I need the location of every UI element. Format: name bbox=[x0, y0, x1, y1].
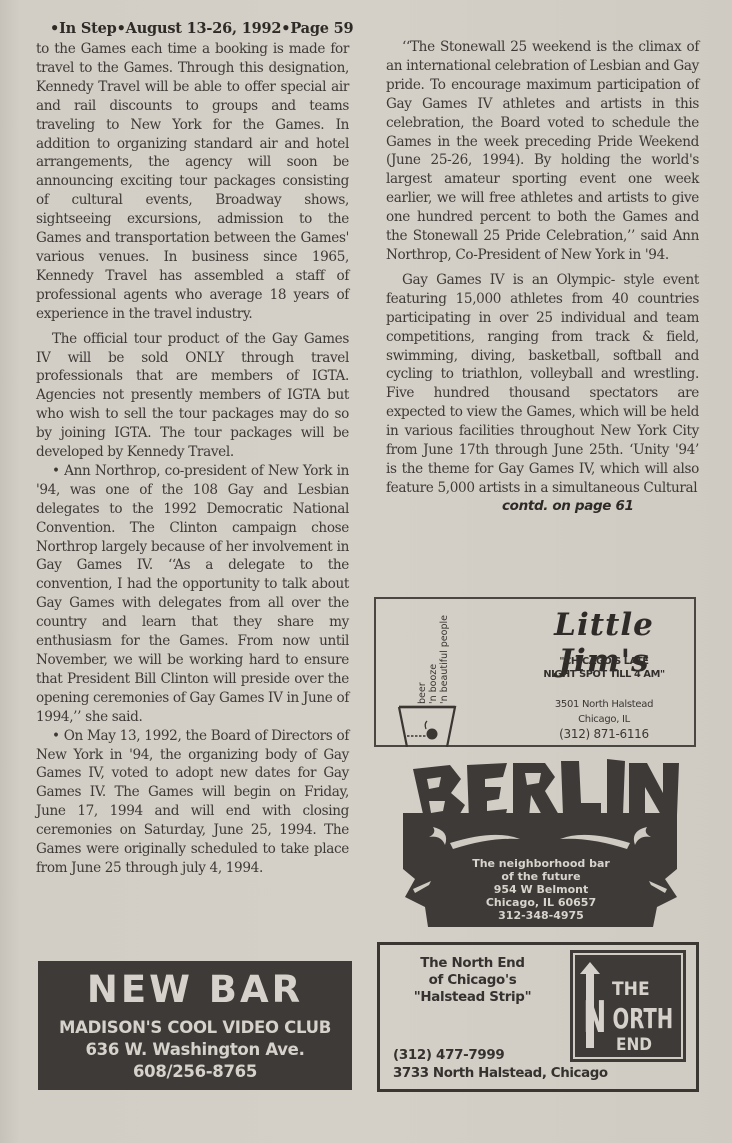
ad-new-bar: NEW BAR MADISON'S COOL VIDEO CLUB 636 W.… bbox=[38, 961, 352, 1090]
berlin-logo: The neighborhood bar of the future 954 W… bbox=[395, 757, 685, 937]
ad-little-jims-address: 3501 North Halstead bbox=[514, 697, 694, 712]
ad-little-jims-slogan: "CHICAGO'S LATE NIGHT SPOT TILL 4 AM" bbox=[514, 655, 694, 681]
svg-text:'n booze: 'n booze bbox=[428, 664, 439, 704]
paragraph-new-dates: • On May 13, 1992, the Board of Director… bbox=[36, 727, 349, 878]
glass-icon: beer 'n booze 'n beautiful people bbox=[394, 605, 474, 747]
ad-north-end: The North End of Chicago's "Halstead Str… bbox=[377, 942, 699, 1092]
paragraph-tour-product: The official tour product of the Gay Gam… bbox=[36, 330, 349, 462]
ad-north-end-phone: (312) 477-7999 bbox=[393, 1048, 504, 1063]
logo-end: END bbox=[616, 1035, 652, 1055]
paragraph-northrop: • Ann Northrop, co-president of New York… bbox=[36, 462, 349, 727]
ad-new-bar-phone: 608/256-8765 bbox=[38, 1061, 352, 1083]
tag-line-1: The North End bbox=[400, 955, 545, 972]
ad-new-bar-title: NEW BAR bbox=[38, 970, 352, 1010]
slogan-line-1: "CHICAGO'S LATE bbox=[514, 655, 694, 668]
tag-line-3: "Halstead Strip" bbox=[400, 989, 545, 1006]
ad-little-jims: beer 'n booze 'n beautiful people Little… bbox=[374, 597, 696, 747]
ad-berlin-phone: 312-348-4975 bbox=[498, 909, 584, 922]
ad-berlin-city: Chicago, IL 60657 bbox=[486, 896, 596, 909]
tag-line-2: of Chicago's bbox=[400, 972, 545, 989]
continued-on-link[interactable]: contd. on page 61 bbox=[386, 497, 699, 516]
article-right-column: ‘‘The Stonewall 25 weekend is the climax… bbox=[386, 38, 699, 516]
ad-north-end-address: 3733 North Halstead, Chicago bbox=[393, 1066, 608, 1081]
ad-new-bar-address: 636 W. Washington Ave. bbox=[38, 1039, 352, 1061]
ad-little-jims-phone: (312) 871-6116 bbox=[514, 727, 694, 742]
article-left-column: to the Games each time a booking is made… bbox=[36, 40, 349, 878]
slogan-line-2: NIGHT SPOT TILL 4 AM" bbox=[514, 668, 694, 681]
logo-orth: ORTH bbox=[613, 1002, 674, 1034]
ad-north-end-tagline: The North End of Chicago's "Halstead Str… bbox=[400, 955, 545, 1006]
ad-berlin-address: 954 W Belmont bbox=[494, 883, 588, 896]
running-head: •In Step•August 13-26, 1992•Page 59 bbox=[50, 20, 353, 37]
ad-berlin-line2: of the future bbox=[501, 870, 580, 883]
north-end-logo: THE N ORTH END bbox=[570, 950, 686, 1062]
paragraph-gay-games-overview: Gay Games IV is an Olympic- style event … bbox=[386, 271, 699, 498]
paragraph-stonewall-quote: ‘‘The Stonewall 25 weekend is the climax… bbox=[386, 38, 699, 265]
svg-text:beer: beer bbox=[417, 682, 428, 704]
ad-berlin-line1: The neighborhood bar bbox=[472, 857, 610, 870]
logo-n: N bbox=[583, 991, 606, 1042]
svg-text:'n beautiful people: 'n beautiful people bbox=[439, 615, 450, 704]
ad-berlin: The neighborhood bar of the future 954 W… bbox=[395, 757, 685, 937]
newspaper-page: •In Step•August 13-26, 1992•Page 59 to t… bbox=[0, 0, 732, 1143]
paragraph-travel: to the Games each time a booking is made… bbox=[36, 40, 349, 324]
ad-little-jims-address-block: 3501 North Halstead Chicago, IL (312) 87… bbox=[514, 697, 694, 742]
ad-new-bar-tagline: MADISON'S COOL VIDEO CLUB bbox=[38, 1017, 352, 1039]
logo-the: THE bbox=[612, 978, 650, 1000]
ad-little-jims-city: Chicago, IL bbox=[514, 712, 694, 727]
